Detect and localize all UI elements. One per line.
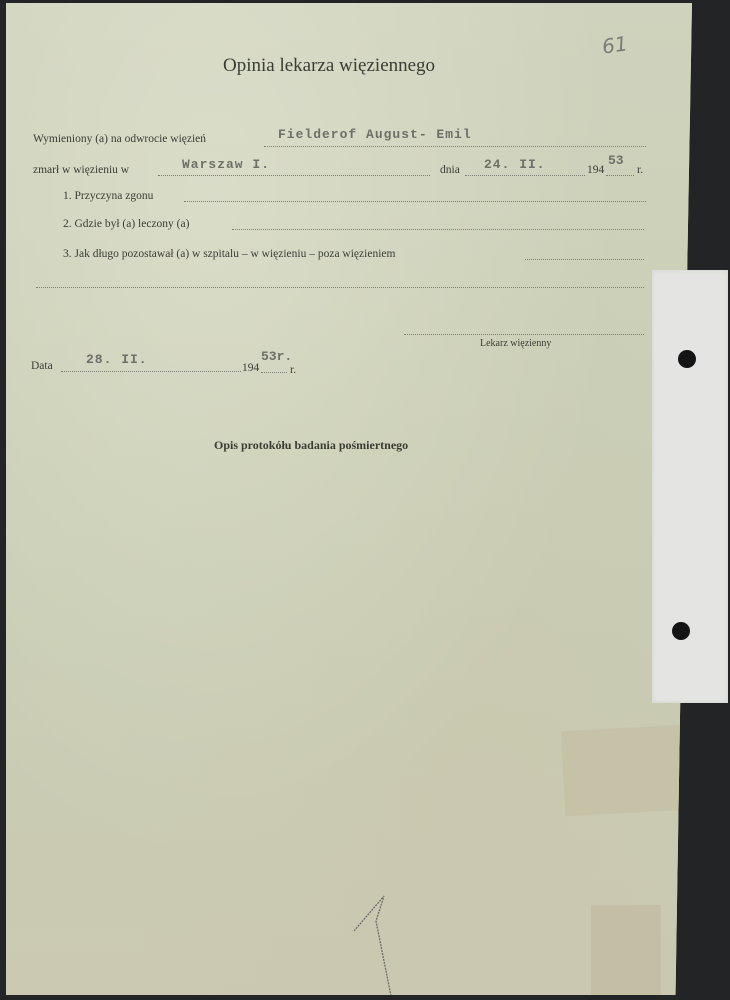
died-in-prison-value: Warszaw I. (182, 157, 270, 172)
item-treated-where-label: 2. Gdzie był (a) leczony (a) (63, 218, 189, 230)
binding-strip (652, 270, 728, 703)
postmortem-section-heading: Opis protokółu badania pośmiertnego (214, 438, 408, 453)
document-page: 61 Opinia lekarza więziennego Wymieniony… (6, 3, 692, 995)
signature-line (404, 334, 644, 335)
day-line (465, 175, 585, 176)
punch-hole-icon (672, 622, 690, 640)
year-prefix: 194 (587, 164, 604, 176)
date-value: 28. II. (86, 352, 148, 367)
died-in-prison-line (158, 175, 430, 176)
signature-label: Lekarz więzienny (480, 338, 551, 349)
item-stay-duration-line-2 (36, 287, 644, 288)
tape-patch-bottom (591, 905, 661, 1000)
named-prisoner-line (264, 146, 646, 147)
date-year-suffix: r. (290, 364, 296, 376)
item-stay-duration-label: 3. Jak długo pozostawał (a) w szpitalu –… (63, 248, 395, 260)
tape-patch (561, 725, 685, 816)
day-value: 24. II. (484, 157, 546, 172)
year-suffix: r. (637, 164, 643, 176)
document-title: Opinia lekarza więziennego (223, 55, 435, 77)
handwritten-mark-icon (346, 891, 396, 1000)
named-prisoner-value: Fielderof August- Emil (278, 127, 472, 142)
item-treated-where-line (232, 229, 644, 230)
date-label: Data (31, 360, 53, 372)
died-in-prison-label: zmarł w więzieniu w (33, 164, 129, 176)
item-cause-of-death-label: 1. Przyczyna zgonu (63, 190, 153, 202)
named-prisoner-label: Wymieniony (a) na odwrocie więzień (33, 133, 206, 145)
date-year-prefix: 194 (242, 362, 259, 374)
handwritten-page-number: 61 (600, 31, 629, 58)
date-line (61, 371, 241, 372)
item-cause-of-death-line (184, 201, 646, 202)
date-year-line (261, 372, 287, 373)
date-year-value: 53r. (261, 349, 292, 364)
item-stay-duration-line (525, 259, 644, 260)
day-label: dnia (440, 164, 460, 176)
year-value: 53 (608, 153, 624, 168)
year-line (606, 175, 634, 176)
punch-hole-icon (678, 350, 696, 368)
